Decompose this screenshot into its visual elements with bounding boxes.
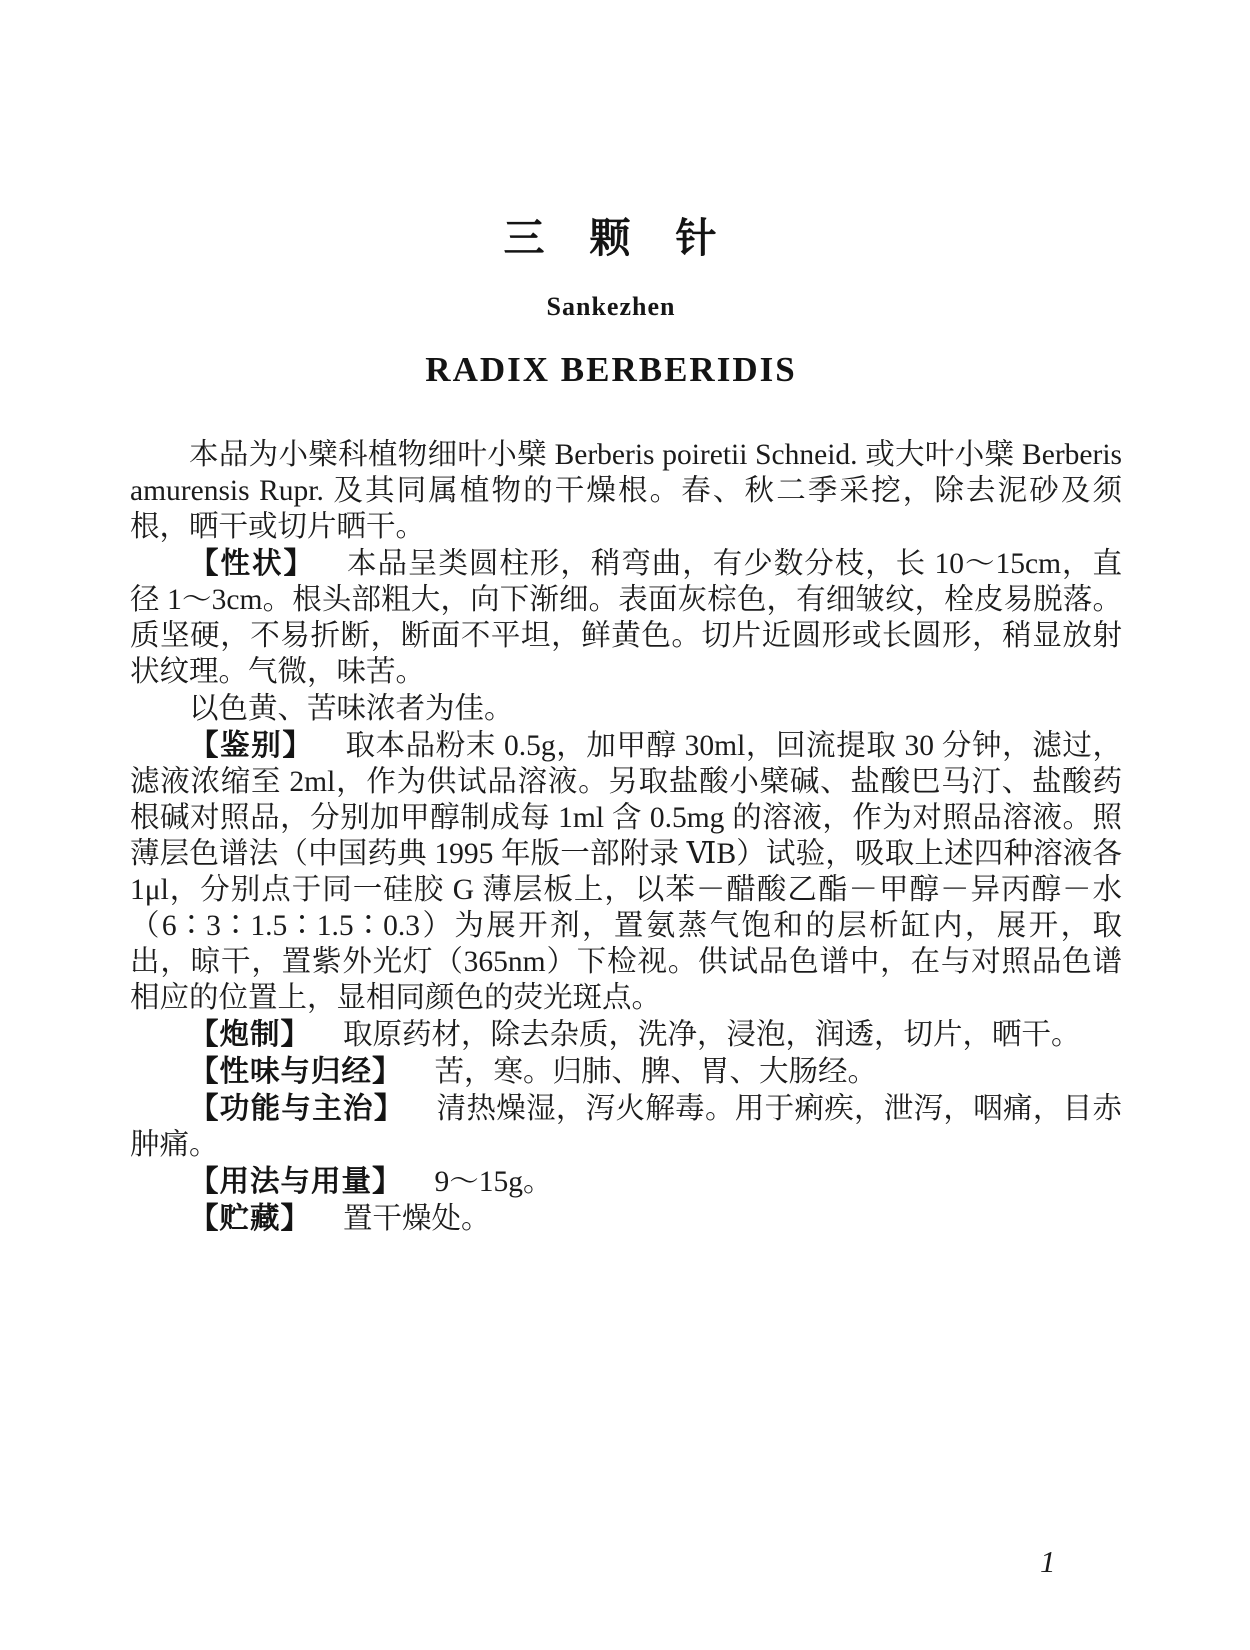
section-text: 以色黄、苦味浓者为佳。 [189,693,514,725]
section-paragraph-jianbie: 【鉴别】取本品粉末 0.5g，加甲醇 30ml，回流提取 30 分钟，滤过，滤液… [130,727,1122,1016]
section-label: 【炮制】 [189,1017,311,1051]
latin-title: RADIX BERBERIDIS [130,350,1122,390]
section-paragraph-paozhi: 【炮制】取原药材，除去杂质，洗净，浸泡，润透，切片，晒干。 [130,1016,1122,1053]
monograph-body: 本品为小檗科植物细叶小檗 Berberis poiretii Schneid. … [130,436,1122,1237]
section-text: 9～15g。 [435,1166,553,1198]
section-text: 取本品粉末 0.5g，加甲醇 30ml，回流提取 30 分钟，滤过，滤液浓缩至 … [130,730,1122,1014]
page-title: 三 颗 针 [130,205,1122,264]
section-paragraph-gongneng-zhuzhi: 【功能与主治】清热燥湿，泻火解毒。用于痢疾，泄泻，咽痛，目赤肿痛。 [130,1090,1122,1163]
section-label: 【功能与主治】 [189,1091,405,1125]
section-paragraph-yongfa-yongliang: 【用法与用量】9～15g。 [130,1163,1122,1200]
section-text: 苦，寒。归肺、脾、胃、大肠经。 [435,1056,878,1088]
page-number: 1 [1040,1544,1056,1580]
section-text: 本品为小檗科植物细叶小檗 Berberis poiretii Schneid. … [130,439,1122,543]
section-text: 取原药材，除去杂质，洗净，浸泡，润透，切片，晒干。 [343,1019,1081,1051]
section-text: 置干燥处。 [343,1203,491,1235]
section-label: 【用法与用量】 [189,1164,403,1198]
section-paragraph-xingzhuang: 【性状】本品呈类圆柱形，稍弯曲，有少数分枝，长 10～15cm，直径 1～3cm… [130,545,1122,690]
section-label: 【鉴别】 [189,728,313,762]
section-label: 【性味与归经】 [189,1054,403,1088]
section-label: 【性状】 [189,546,315,580]
quality-note-paragraph: 以色黄、苦味浓者为佳。 [130,690,1122,727]
document-page: 三 颗 针 Sankezhen RADIX BERBERIDIS 本品为小檗科植… [0,0,1250,1650]
section-label: 【贮藏】 [189,1201,311,1235]
intro-paragraph: 本品为小檗科植物细叶小檗 Berberis poiretii Schneid. … [130,436,1122,545]
section-paragraph-xingwei-guijing: 【性味与归经】苦，寒。归肺、脾、胃、大肠经。 [130,1053,1122,1090]
section-paragraph-zhucang: 【贮藏】置干燥处。 [130,1200,1122,1237]
pinyin-title: Sankezhen [130,292,1122,322]
